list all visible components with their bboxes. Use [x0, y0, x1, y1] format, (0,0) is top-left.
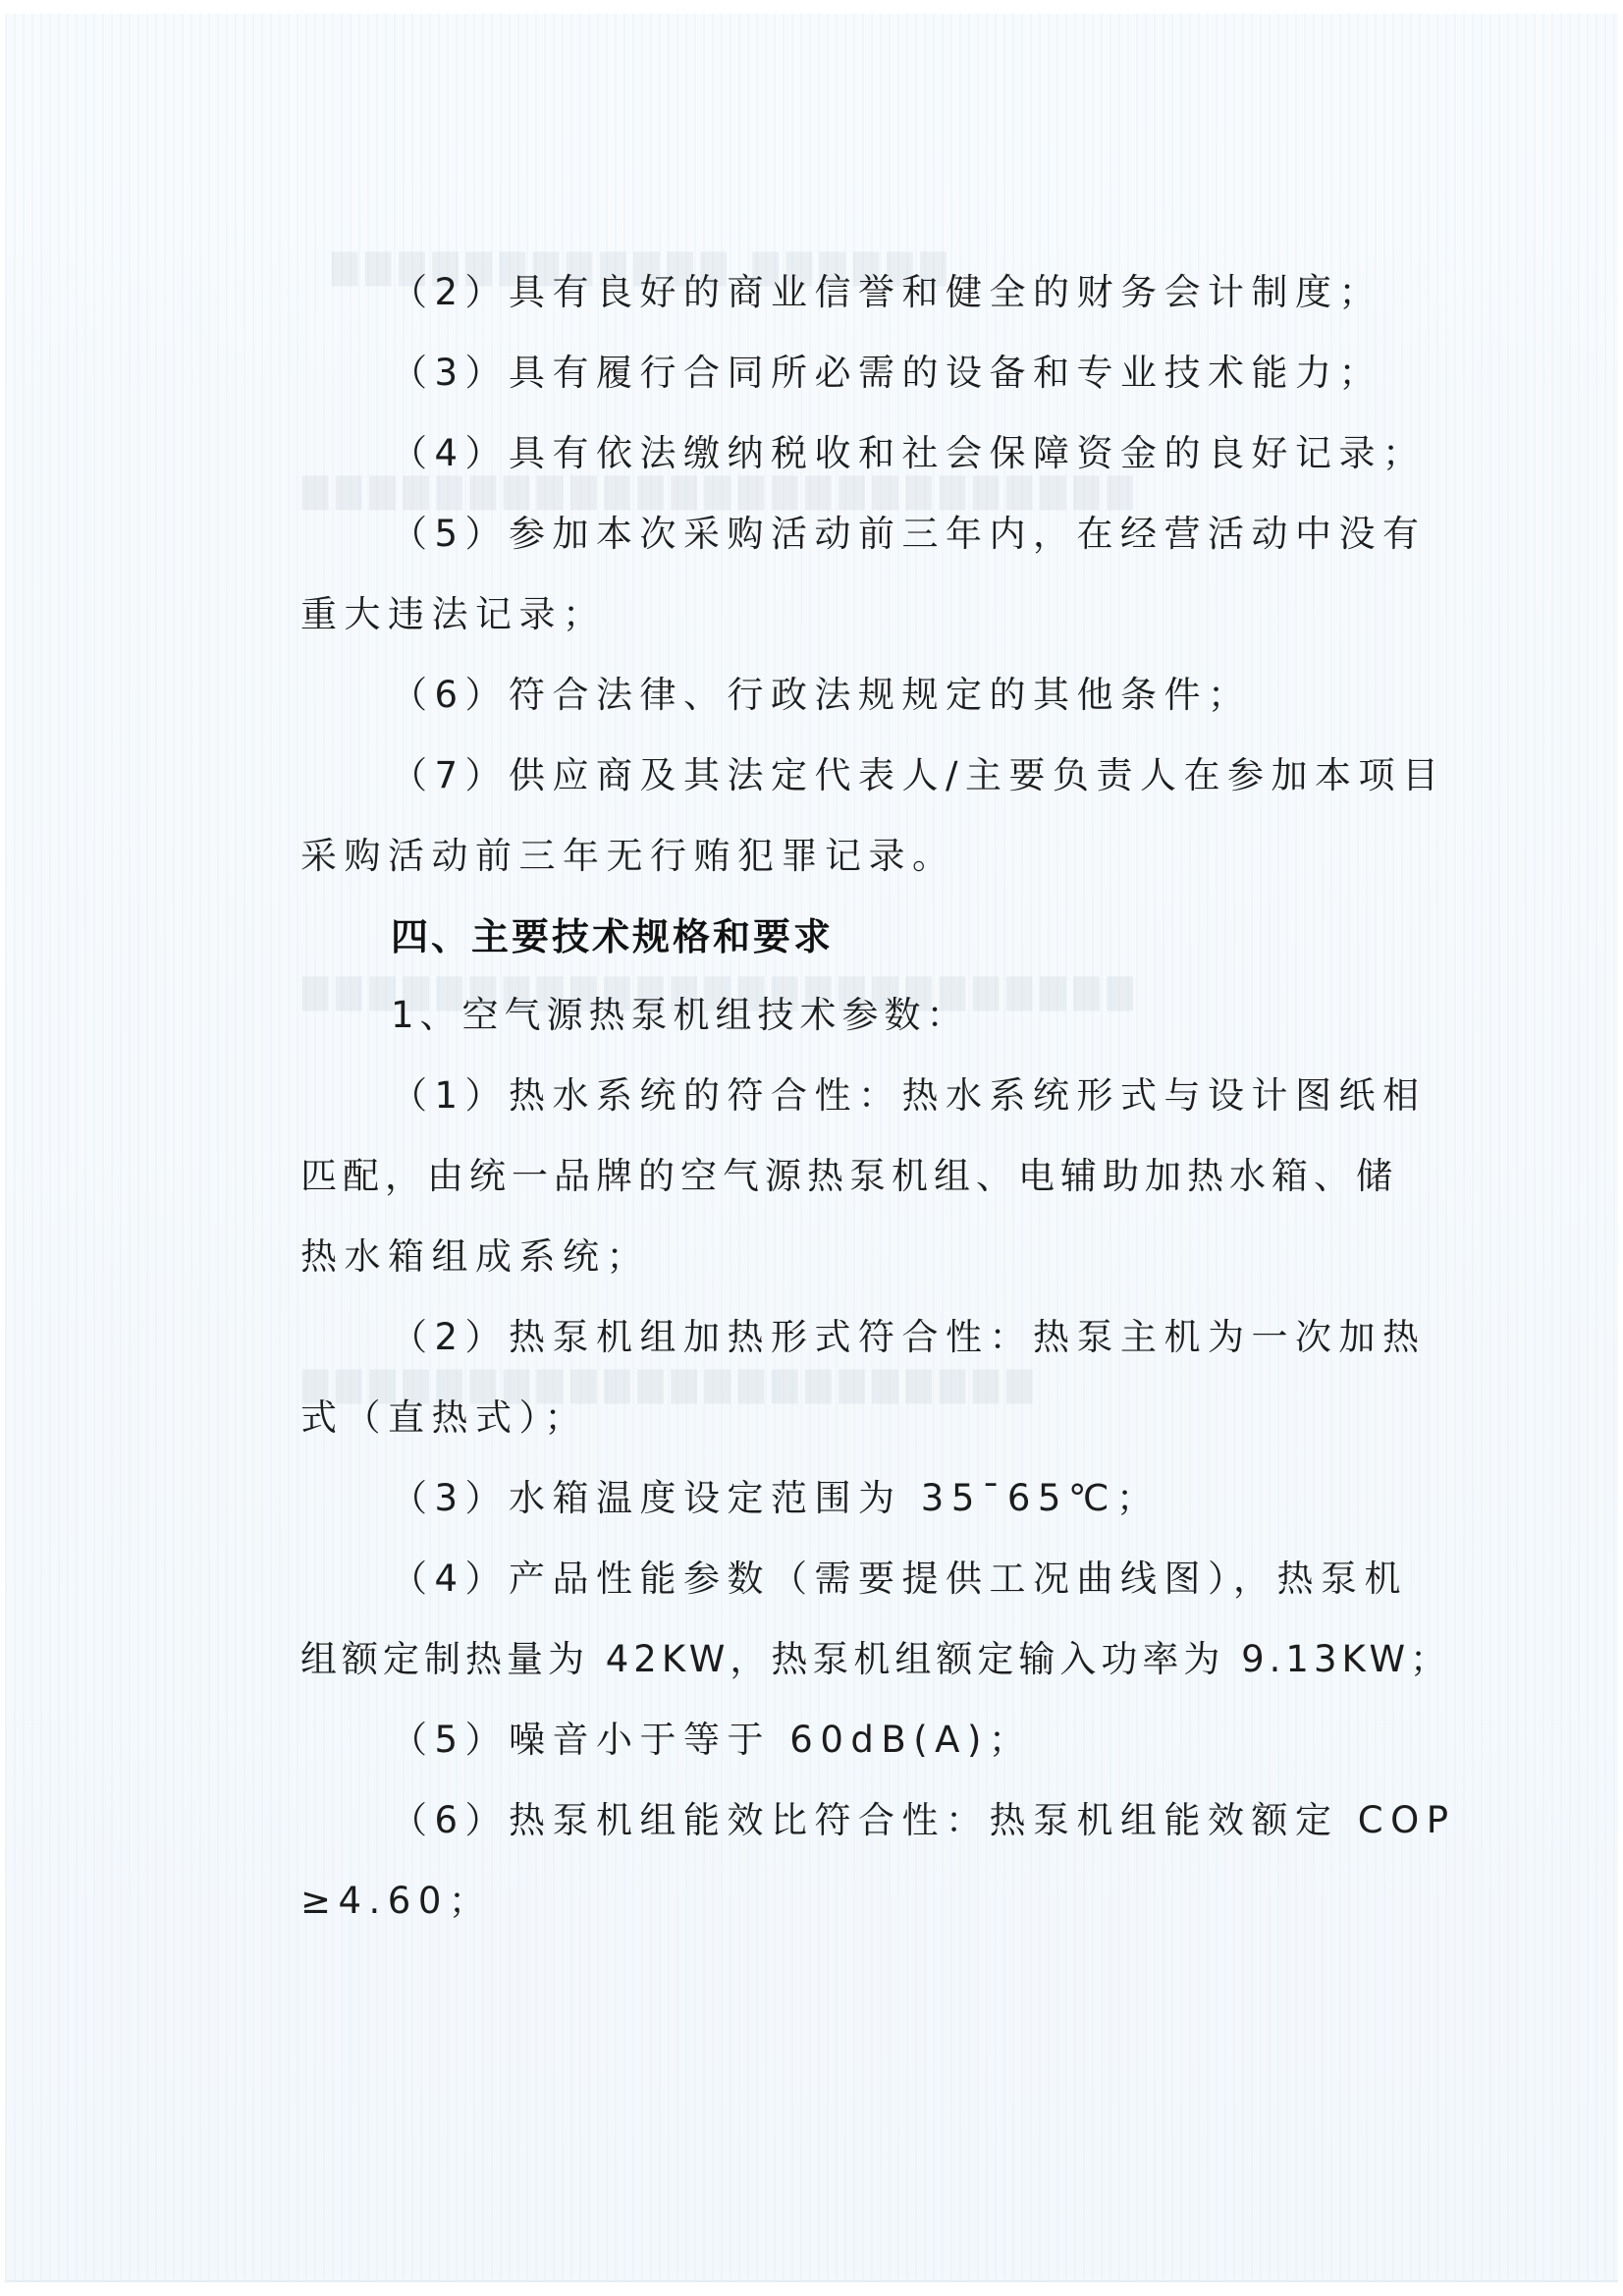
requirement-line-7-cont: 采购活动前三年无行贿犯罪记录。	[300, 835, 956, 878]
spec-line-1-cont2: 热水箱组成系统；	[300, 1235, 650, 1279]
requirement-line-5: （5）参加本次采购活动前三年内，在经营活动中没有	[391, 513, 1427, 556]
spec-line-1: （1）热水系统的符合性：热水系统形式与设计图纸相	[391, 1074, 1427, 1118]
spec-line-1-cont: 匹配，由统一品牌的空气源热泵机组、电辅助加热水箱、储	[300, 1155, 1398, 1198]
requirement-line-2: （2）具有良好的商业信誉和健全的财务会计制度；	[391, 271, 1382, 314]
spec-line-5: （5）噪音小于等于 60dB(A)；	[391, 1719, 1032, 1762]
spec-line-2: （2）热泵机组加热形式符合性：热泵主机为一次加热	[391, 1316, 1427, 1359]
requirement-line-3: （3）具有履行合同所必需的设备和专业技术能力；	[391, 352, 1382, 395]
requirement-line-4: （4）具有依法缴纳税收和社会保障资金的良好记录；	[391, 432, 1427, 475]
spec-line-4: （4）产品性能参数（需要提供工况曲线图），热泵机	[391, 1558, 1408, 1601]
subsection-title: 1、空气源热泵机组技术参数：	[391, 994, 969, 1037]
spec-line-3: （3）水箱温度设定范围为 35¯65℃；	[391, 1477, 1161, 1520]
spec-line-4-cont: 组额定制热量为 42KW，热泵机组额定输入功率为 9.13KW；	[300, 1638, 1451, 1681]
spec-line-2-cont: 式（直热式）；	[300, 1396, 588, 1440]
spec-line-6: （6）热泵机组能效比符合性：热泵机组能效额定 COP	[391, 1799, 1456, 1842]
requirement-line-7: （7）供应商及其法定代表人/主要负责人在参加本项目	[391, 754, 1446, 797]
requirement-line-6: （6）符合法律、行政法规规定的其他条件；	[391, 674, 1252, 717]
spec-line-6-cont: ≥4.60；	[300, 1880, 492, 1923]
section-heading: 四、主要技术规格和要求	[391, 915, 834, 958]
reverse-side-bleed-through: ▇▇▇▇▇▇▇▇▇▇▇▇▇▇▇▇▇▇▇▇▇▇▇▇▇	[295, 471, 1133, 511]
requirement-line-5-cont: 重大违法记录；	[300, 593, 607, 636]
